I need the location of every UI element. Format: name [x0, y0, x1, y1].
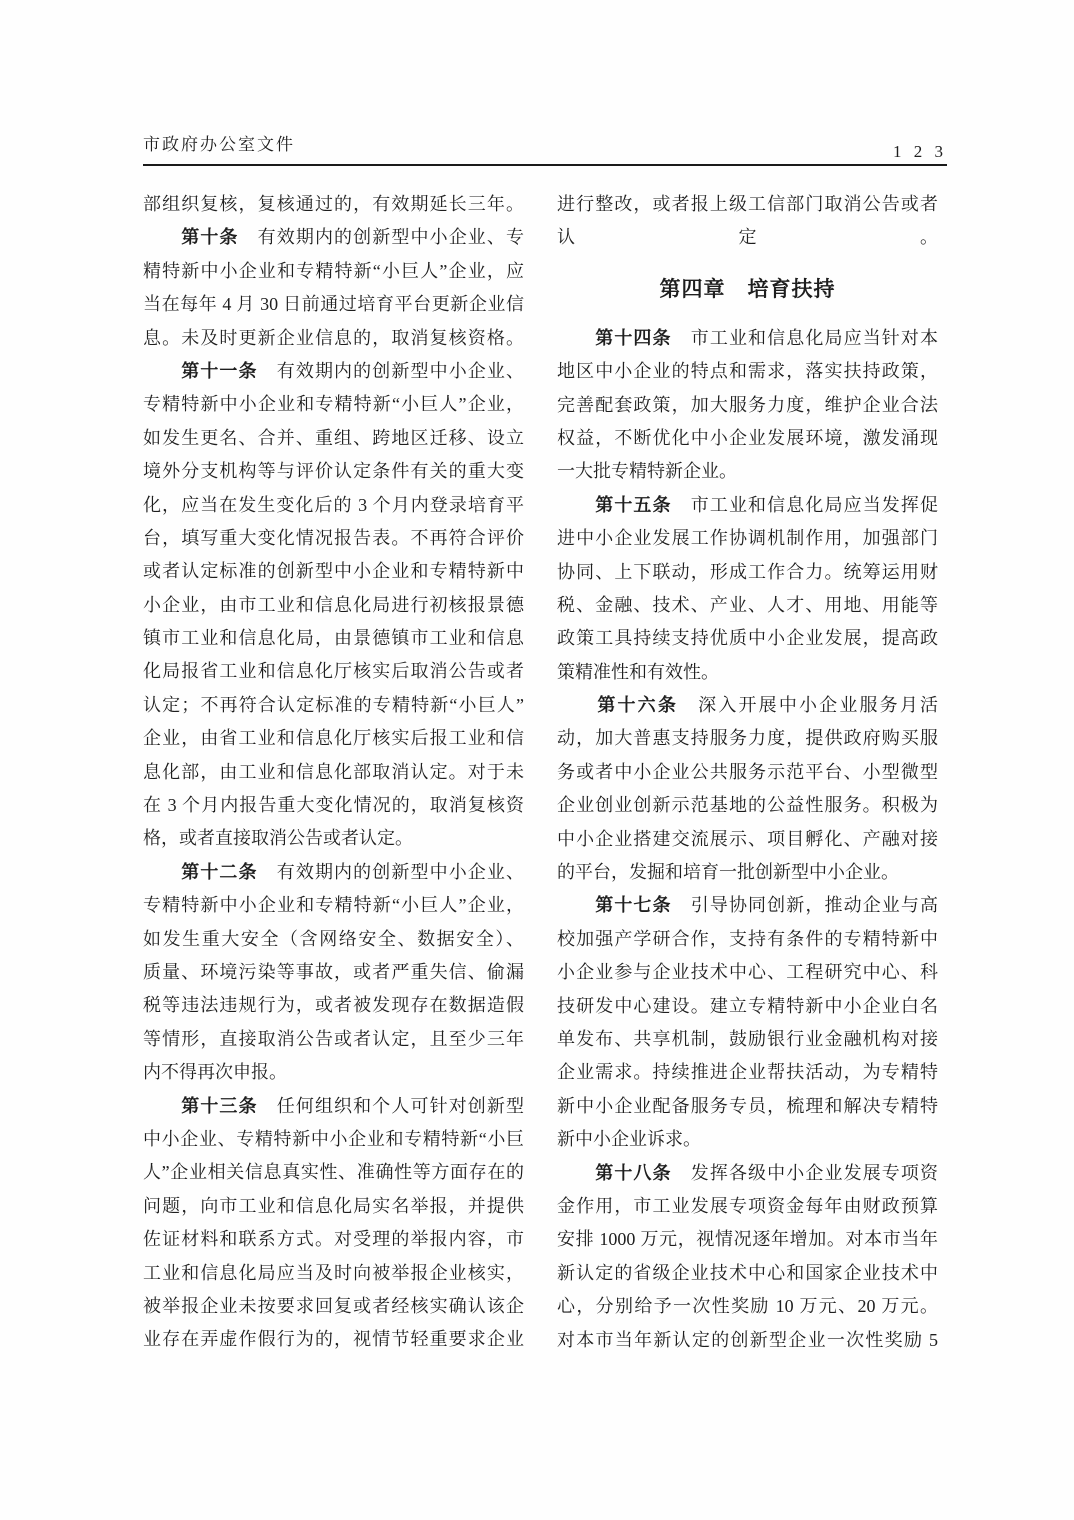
text-line: 企业需求。持续推进企业帮扶活动，为专精特	[557, 1056, 938, 1089]
line-text: 企业需求。持续推进企业帮扶活动，为专精特	[557, 1062, 938, 1082]
line-text: 完善配套政策，加大服务力度，维护企业合法	[557, 395, 938, 415]
line-text: 专精特新中小企业和专精特新“小巨人”企业，	[143, 895, 524, 915]
text-line: 中小企业、专精特新中小企业和专精特新“小巨	[143, 1123, 524, 1156]
line-text: 或者认定标准的创新型中小企业和专精特新中	[143, 561, 524, 581]
line-text: 当在每年 4 月 30 日前通过培育平台更新企业信	[143, 294, 524, 314]
text-line: 第十条 有效期内的创新型中小企业、专	[143, 221, 524, 254]
text-line: 格，或者直接取消公告或者认定。	[143, 822, 524, 855]
line-text: 务或者中小企业公共服务示范平台、小型微型	[557, 762, 938, 782]
line-text: 权益，不断优化中小企业发展环境，激发涌现	[557, 428, 938, 448]
right-column: 进行整改，或者报上级工信部门取消公告或者认定。 第四章 培育扶持 第十四条 市工…	[557, 188, 938, 1357]
line-text: 在 3 个月内报告重大变化情况的，取消复核资	[143, 795, 524, 815]
line-text: 校加强产学研合作，支持有条件的专精特新中	[557, 929, 938, 949]
text-line: 新认定的省级企业技术中心和国家企业技术中	[557, 1257, 938, 1290]
line-text: 如发生更名、合并、重组、跨地区迁移、设立	[143, 428, 524, 448]
text-line: 税、金融、技术、产业、人才、用地、用能等	[557, 589, 938, 622]
line-text: 专精特新中小企业和专精特新“小巨人”企业，	[143, 394, 524, 414]
line-text: 任何组织和个人可针对创新型	[258, 1096, 524, 1116]
text-line: 第十五条 市工业和信息化局应当发挥促	[557, 489, 938, 522]
text-line: 专精特新中小企业和专精特新“小巨人”企业，	[143, 889, 524, 922]
line-text: 动，加大普惠支持服务力度，提供政府购买服	[557, 728, 938, 748]
article-number-label: 第十六条	[557, 695, 678, 715]
text-line: 单发布、共享机制，鼓励银行业金融机构对接	[557, 1023, 938, 1056]
line-text: 新中小企业配备服务专员，梳理和解决专精特	[557, 1096, 938, 1116]
article-number-label: 第十五条	[557, 495, 672, 515]
line-text: 部组织复核，复核通过的，有效期延长三年。	[143, 194, 524, 214]
right-column-top-lines: 进行整改，或者报上级工信部门取消公告或者认定。	[557, 188, 938, 255]
line-text: 等情形，直接取消公告或者认定，且至少三年	[143, 1029, 524, 1049]
line-text: 质量、环境污染等事故，或者严重失信、偷漏	[143, 962, 524, 982]
line-text: 协同、上下联动，形成工作合力。统筹运用财	[557, 562, 938, 582]
text-line: 第十七条 引导协同创新，推动企业与高	[557, 889, 938, 922]
text-line: 专精特新中小企业和专精特新“小巨人”企业，	[143, 388, 524, 421]
text-line: 企业，由省工业和信息化厅核实后报工业和信	[143, 722, 524, 755]
text-line: 技研发中心建设。建立专精特新中小企业白名	[557, 990, 938, 1023]
line-text: 内不得再次申报。	[143, 1062, 287, 1082]
line-text: 进行整改，或者报上级工信部门取消公告或者	[557, 194, 938, 214]
line-text: 企业，由省工业和信息化厅核实后报工业和信	[143, 728, 524, 748]
line-text: 发挥各级中小企业发展专项资	[672, 1163, 938, 1183]
text-line: 被举报企业未按要求回复或者经核实确认该企	[143, 1290, 524, 1323]
line-text: 认定。	[557, 227, 938, 247]
text-line: 台，填写重大变化情况报告表。不再符合评价	[143, 522, 524, 555]
line-text: 地区中小企业的特点和需求，落实扶持政策，	[557, 361, 938, 381]
line-text: 如发生重大安全（含网络安全、数据安全）、	[143, 929, 524, 949]
article-number-label: 第十七条	[557, 895, 672, 915]
text-line: 金作用，市工业发展专项资金每年由财政预算	[557, 1190, 938, 1223]
line-text: 化局报省工业和信息化厅核实后取消公告或者	[143, 661, 524, 681]
article-number-label: 第十条	[143, 227, 239, 247]
text-line: 部组织复核，复核通过的，有效期延长三年。	[143, 188, 524, 221]
line-text: 市工业和信息化局应当发挥促	[672, 495, 938, 515]
text-line: 精特新中小企业和专精特新“小巨人”企业，应	[143, 255, 524, 288]
line-text: 问题，向市工业和信息化局实名举报，并提供	[143, 1196, 524, 1216]
line-text: 被举报企业未按要求回复或者经核实确认该企	[143, 1296, 524, 1316]
line-text: 格，或者直接取消公告或者认定。	[143, 828, 413, 848]
text-line: 策精准性和有效性。	[557, 656, 938, 689]
text-line: 当在每年 4 月 30 日前通过培育平台更新企业信	[143, 288, 524, 321]
text-line: 如发生更名、合并、重组、跨地区迁移、设立	[143, 422, 524, 455]
article-number-label: 第十八条	[557, 1163, 672, 1183]
text-line: 人”企业相关信息真实性、准确性等方面存在的	[143, 1156, 524, 1189]
line-text: 税等违法违规行为，或者被发现存在数据造假	[143, 995, 524, 1015]
text-line: 第十一条 有效期内的创新型中小企业、	[143, 355, 524, 388]
line-text: 新认定的省级企业技术中心和国家企业技术中	[557, 1263, 938, 1283]
text-line: 内不得再次申报。	[143, 1056, 524, 1089]
line-text: 对本市当年新认定的创新型企业一次性奖励 5	[557, 1330, 938, 1350]
page-header: 市政府办公室文件 1 2 3	[143, 128, 947, 166]
text-columns: 部组织复核，复核通过的，有效期延长三年。 第十条 有效期内的创新型中小企业、专精…	[143, 188, 938, 1357]
line-text: 有效期内的创新型中小企业、	[258, 862, 524, 882]
text-line: 完善配套政策，加大服务力度，维护企业合法	[557, 389, 938, 422]
text-line: 化局报省工业和信息化厅核实后取消公告或者	[143, 655, 524, 688]
text-line: 企业创业创新示范基地的公益性服务。积极为	[557, 789, 938, 822]
text-line: 对本市当年新认定的创新型企业一次性奖励 5	[557, 1324, 938, 1357]
text-line: 中小企业搭建交流展示、项目孵化、产融对接	[557, 823, 938, 856]
text-line: 心，分别给予一次性奖励 10 万元、20 万元。	[557, 1290, 938, 1323]
text-line: 息。未及时更新企业信息的，取消复核资格。	[143, 322, 524, 355]
chapter-heading: 第四章 培育扶持	[557, 255, 938, 322]
text-line: 第十八条 发挥各级中小企业发展专项资	[557, 1157, 938, 1190]
line-text: 政策工具持续支持优质中小企业发展，提高政	[557, 628, 938, 648]
line-text: 息化部，由工业和信息化部取消认定。对于未	[143, 762, 524, 782]
text-line: 进中小企业发展工作协调机制作用，加强部门	[557, 522, 938, 555]
text-line: 镇市工业和信息化局，由景德镇市工业和信息	[143, 622, 524, 655]
text-line: 等情形，直接取消公告或者认定，且至少三年	[143, 1023, 524, 1056]
line-text: 中小企业搭建交流展示、项目孵化、产融对接	[557, 829, 938, 849]
text-line: 务或者中小企业公共服务示范平台、小型微型	[557, 756, 938, 789]
text-line: 境外分支机构等与评价认定条件有关的重大变	[143, 455, 524, 488]
line-text: 小企业，由市工业和信息化局进行初核报景德	[143, 595, 524, 615]
text-line: 新中小企业诉求。	[557, 1123, 938, 1156]
text-line: 认定。	[557, 221, 938, 254]
article-number-label: 第十四条	[557, 328, 672, 348]
line-text: 进中小企业发展工作协调机制作用，加强部门	[557, 528, 938, 548]
line-text: 认定；不再符合认定标准的专精特新“小巨人”	[143, 695, 524, 715]
page-number: 1 2 3	[893, 142, 947, 164]
line-text: 精特新中小企业和专精特新“小巨人”企业，应	[143, 261, 524, 281]
text-line: 的平台，发掘和培育一批创新型中小企业。	[557, 856, 938, 889]
text-line: 质量、环境污染等事故，或者严重失信、偷漏	[143, 956, 524, 989]
header-doc-label: 市政府办公室文件	[143, 130, 295, 164]
line-text: 安排 1000 万元，视情况逐年增加。对本市当年	[557, 1229, 938, 1249]
text-line: 地区中小企业的特点和需求，落实扶持政策，	[557, 355, 938, 388]
text-line: 进行整改，或者报上级工信部门取消公告或者	[557, 188, 938, 221]
text-line: 或者认定标准的创新型中小企业和专精特新中	[143, 555, 524, 588]
text-line: 佐证材料和联系方式。对受理的举报内容，市	[143, 1223, 524, 1256]
line-text: 中小企业、专精特新中小企业和专精特新“小巨	[143, 1129, 524, 1149]
line-text: 境外分支机构等与评价认定条件有关的重大变	[143, 461, 524, 481]
line-text: 策精准性和有效性。	[557, 662, 719, 682]
text-line: 一大批专精特新企业。	[557, 455, 938, 488]
text-line: 安排 1000 万元，视情况逐年增加。对本市当年	[557, 1223, 938, 1256]
line-text: 有效期内的创新型中小企业、	[258, 361, 524, 381]
article-number-label: 第十二条	[143, 862, 258, 882]
text-line: 工业和信息化局应当及时向被举报企业核实，	[143, 1257, 524, 1290]
article-number-label: 第十一条	[143, 361, 258, 381]
line-text: 台，填写重大变化情况报告表。不再符合评价	[143, 528, 524, 548]
text-line: 第十六条 深入开展中小企业服务月活	[557, 689, 938, 722]
line-text: 单发布、共享机制，鼓励银行业金融机构对接	[557, 1029, 938, 1049]
text-line: 动，加大普惠支持服务力度，提供政府购买服	[557, 722, 938, 755]
text-line: 认定；不再符合认定标准的专精特新“小巨人”	[143, 689, 524, 722]
line-text: 化，应当在发生变化后的 3 个月内登录培育平	[143, 495, 524, 515]
text-line: 业存在弄虚作假行为的，视情节轻重要求企业	[143, 1323, 524, 1356]
left-column: 部组织复核，复核通过的，有效期延长三年。 第十条 有效期内的创新型中小企业、专精…	[143, 188, 524, 1357]
text-line: 第十二条 有效期内的创新型中小企业、	[143, 856, 524, 889]
text-line: 问题，向市工业和信息化局实名举报，并提供	[143, 1190, 524, 1223]
line-text: 工业和信息化局应当及时向被举报企业核实，	[143, 1263, 524, 1283]
text-line: 权益，不断优化中小企业发展环境，激发涌现	[557, 422, 938, 455]
line-text: 镇市工业和信息化局，由景德镇市工业和信息	[143, 628, 524, 648]
line-text: 的平台，发掘和培育一批创新型中小企业。	[557, 862, 899, 882]
line-text: 心，分别给予一次性奖励 10 万元、20 万元。	[557, 1296, 938, 1316]
line-text: 市工业和信息化局应当针对本	[672, 328, 938, 348]
text-line: 如发生重大安全（含网络安全、数据安全）、	[143, 923, 524, 956]
line-text: 有效期内的创新型中小企业、专	[239, 227, 524, 247]
text-line: 第十四条 市工业和信息化局应当针对本	[557, 322, 938, 355]
text-line: 协同、上下联动，形成工作合力。统筹运用财	[557, 556, 938, 589]
line-text: 人”企业相关信息真实性、准确性等方面存在的	[143, 1162, 524, 1182]
line-text: 息。未及时更新企业信息的，取消复核资格。	[143, 328, 524, 348]
line-text: 一大批专精特新企业。	[557, 461, 737, 481]
text-line: 小企业，由市工业和信息化局进行初核报景德	[143, 589, 524, 622]
line-text: 技研发中心建设。建立专精特新中小企业白名	[557, 996, 938, 1016]
line-text: 金作用，市工业发展专项资金每年由财政预算	[557, 1196, 938, 1216]
line-text: 新中小企业诉求。	[557, 1129, 701, 1149]
line-text: 引导协同创新，推动企业与高	[672, 895, 938, 915]
text-line: 化，应当在发生变化后的 3 个月内登录培育平	[143, 489, 524, 522]
text-line: 税等违法违规行为，或者被发现存在数据造假	[143, 989, 524, 1022]
text-line: 政策工具持续支持优质中小企业发展，提高政	[557, 622, 938, 655]
text-line: 息化部，由工业和信息化部取消认定。对于未	[143, 756, 524, 789]
line-text: 深入开展中小企业服务月活	[678, 695, 938, 715]
text-line: 新中小企业配备服务专员，梳理和解决专精特	[557, 1090, 938, 1123]
line-text: 业存在弄虚作假行为的，视情节轻重要求企业	[143, 1329, 524, 1349]
right-column-bottom-lines: 第十四条 市工业和信息化局应当针对本地区中小企业的特点和需求，落实扶持政策，完善…	[557, 322, 938, 1357]
line-text: 佐证材料和联系方式。对受理的举报内容，市	[143, 1229, 524, 1249]
document-page: 市政府办公室文件 1 2 3 部组织复核，复核通过的，有效期延长三年。 第十条 …	[0, 0, 1074, 1520]
text-line: 小企业参与企业技术中心、工程研究中心、科	[557, 956, 938, 989]
text-line: 校加强产学研合作，支持有条件的专精特新中	[557, 923, 938, 956]
text-line: 在 3 个月内报告重大变化情况的，取消复核资	[143, 789, 524, 822]
line-text: 税、金融、技术、产业、人才、用地、用能等	[557, 595, 938, 615]
text-line: 第十三条 任何组织和个人可针对创新型	[143, 1090, 524, 1123]
line-text: 企业创业创新示范基地的公益性服务。积极为	[557, 795, 938, 815]
line-text: 小企业参与企业技术中心、工程研究中心、科	[557, 962, 938, 982]
article-number-label: 第十三条	[143, 1096, 258, 1116]
